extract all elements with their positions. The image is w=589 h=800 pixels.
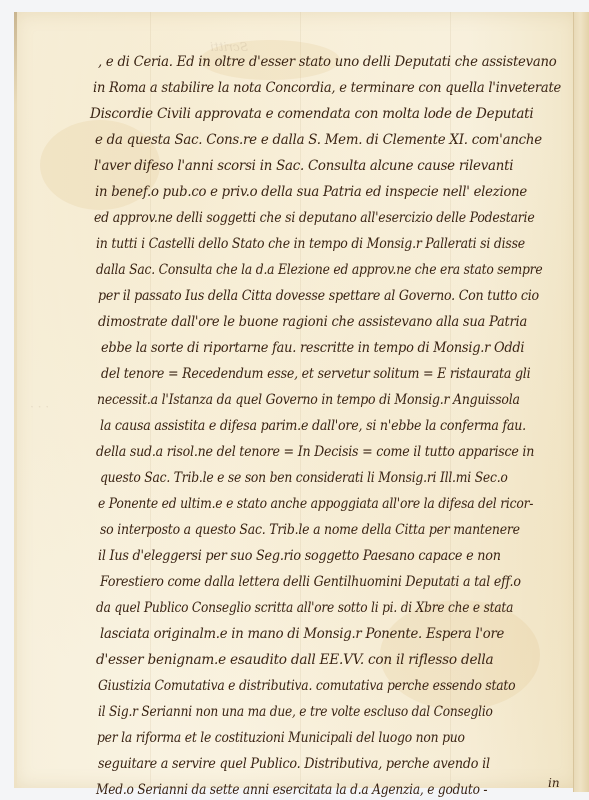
text-line: Med.o Serianni da sette anni esercitata … [96, 780, 487, 800]
text-line: il Ius d'eleggersi per suo Seg.rio sogge… [98, 546, 501, 566]
text-line: ed approv.ne delli soggetti che si deput… [94, 208, 534, 228]
text-line: Forestiero come dalla lettera delli Gent… [100, 572, 521, 592]
text-line: e Ponente ed ultim.e e stato anche appog… [98, 494, 533, 514]
text-line: dalla Sac. Consulta che la d.a Elezione … [96, 260, 542, 280]
text-line: in Roma a stabilire la nota Concordia, e… [93, 78, 561, 98]
text-line: in benef.o pub.co e priv.o della sua Pat… [95, 182, 527, 202]
manuscript-text: , e di Ceria. Ed in oltre d'esser stato … [0, 0, 589, 800]
text-line: della sud.a risol.ne del tenore = In Dec… [96, 442, 534, 462]
text-line: questo Sac. Trib.le e se son ben conside… [100, 468, 508, 488]
text-line: per la riforma et le costituzioni Munici… [97, 728, 465, 748]
text-line: so interposto a questo Sac. Trib.le a no… [100, 520, 520, 540]
text-line: dimostrate dall'ore le buone ragioni che… [98, 312, 527, 332]
text-line: l'aver difeso l'anni scorsi in Sac. Cons… [94, 156, 513, 176]
text-line: la causa assistita e difesa parim.e dall… [100, 416, 526, 436]
text-line: per il passato Ius della Citta dovesse s… [98, 286, 539, 306]
text-line: necessit.a l'Istanza da quel Governo in … [97, 390, 520, 410]
catchword: in [548, 776, 560, 790]
text-line: Giustizia Comutativa e distributiva. com… [98, 676, 515, 696]
text-line: d'esser benignam.e esaudito dall EE.VV. … [96, 650, 493, 670]
manuscript-scan: Scritti · · · , e di Ceria. Ed in oltre … [0, 0, 589, 800]
text-line: ebbe la sorte di riportarne fau. rescrit… [101, 338, 524, 358]
text-line: in tutti i Castelli dello Stato che in t… [96, 234, 525, 254]
text-line: del tenore = Recedendum esse, et servetu… [101, 364, 530, 384]
text-line: il Sig.r Serianni non una ma due, e tre … [98, 702, 493, 722]
text-line: lasciata originalm.e in mano di Monsig.r… [100, 624, 504, 644]
text-line: , e di Ceria. Ed in oltre d'esser stato … [98, 52, 556, 72]
text-line: seguitare a servire quel Publico. Distri… [98, 754, 490, 774]
text-line: Discordie Civili approvata e comendata c… [90, 104, 533, 124]
text-line: e da questa Sac. Cons.re e dalla S. Mem.… [95, 130, 542, 150]
text-line: da quel Publico Conseglio scritta all'or… [96, 598, 513, 618]
